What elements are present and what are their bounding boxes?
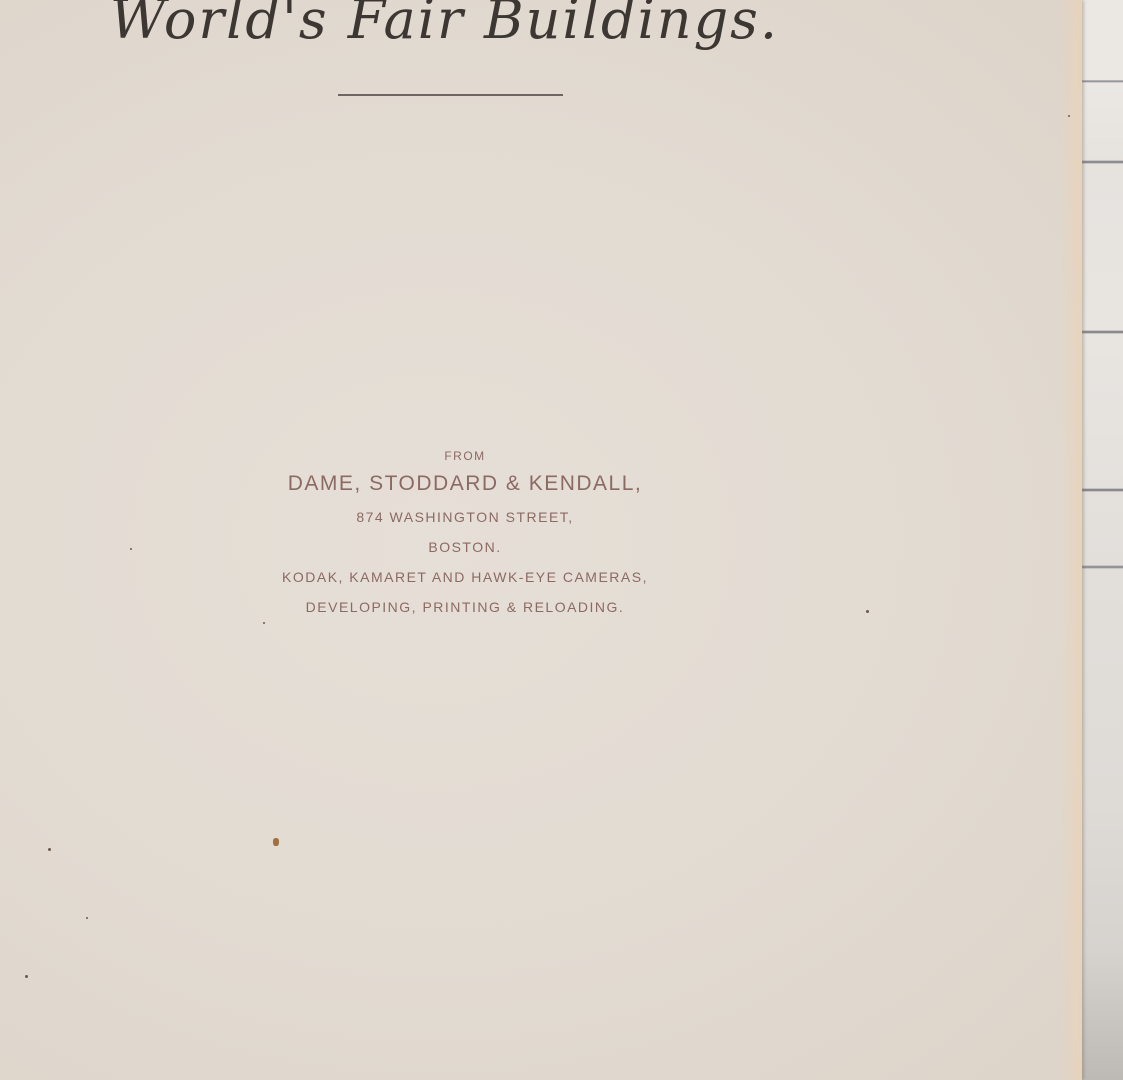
imprint-address: 874 WASHINGTON STREET, [200, 502, 730, 532]
paper-speck [48, 848, 51, 851]
book-page: World's Fair Buildings. FROM DAME, STODD… [0, 0, 1082, 1080]
publisher-imprint: FROM DAME, STODDARD & KENDALL, 874 WASHI… [200, 446, 730, 622]
imprint-products: KODAK, KAMARET AND HAWK-EYE CAMERAS, [200, 562, 730, 592]
paper-speck [1068, 115, 1070, 117]
paper-speck [25, 975, 28, 978]
title-underline [338, 94, 563, 96]
paper-speck [866, 610, 869, 613]
foxing-stain [273, 838, 279, 846]
page-edge [1060, 0, 1082, 1080]
imprint-firm-name: DAME, STODDARD & KENDALL, [200, 466, 730, 502]
imprint-city: BOSTON. [200, 532, 730, 562]
paper-speck [130, 548, 132, 550]
imprint-from: FROM [200, 446, 730, 466]
handwritten-title: World's Fair Buildings. [110, 0, 790, 88]
imprint-services: DEVELOPING, PRINTING & RELOADING. [200, 592, 730, 622]
paper-speck [86, 917, 88, 919]
paper-speck [263, 622, 265, 624]
